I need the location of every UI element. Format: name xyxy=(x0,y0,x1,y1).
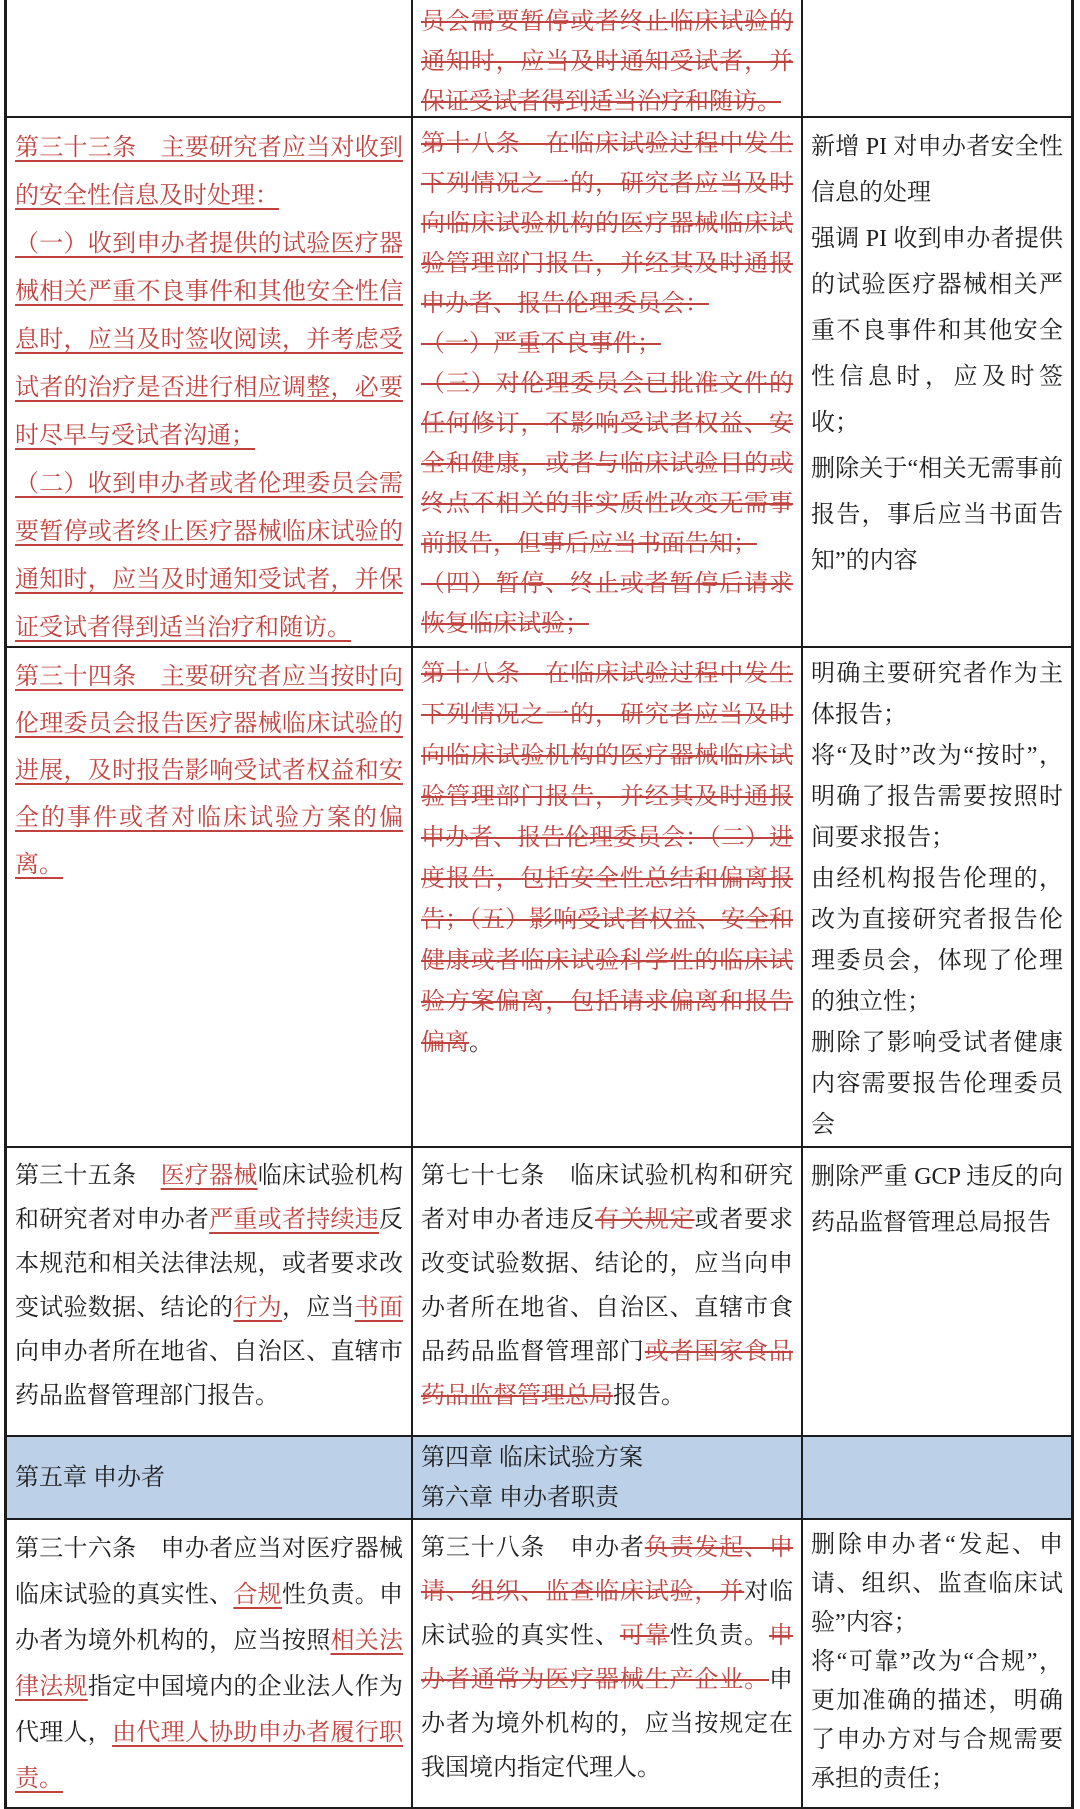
row-article-33: 第三十三条 主要研究者应当对收到的安全性信息及时处理：（一）收到申办者提供的试验… xyxy=(7,118,1071,648)
body-text: 新增 PI 对申办者安全性信息的处理 xyxy=(811,134,1063,206)
body-text: 第三十五条 xyxy=(15,1163,161,1189)
paragraph: 员会需要暂停或者终止临床试验的通知时，应当及时通知受试者，并保证受试者得到适当治… xyxy=(421,2,793,116)
deleted-text: （四）暂停、终止或者暂停后请求恢复临床试验； xyxy=(421,571,793,637)
row-article-33-revision-notes-cell: 新增 PI 对申办者安全性信息的处理强调 PI 收到申办者提供的试验医疗器械相关… xyxy=(803,118,1071,646)
document-page: 员会需要暂停或者终止临床试验的通知时，应当及时通知受试者，并保证受试者得到适当治… xyxy=(0,0,1080,1809)
body-text: 第三十八条 申办者 xyxy=(421,1535,645,1561)
paragraph: 删除严重 GCP 违反的向药品监督管理总局报告 xyxy=(811,1154,1063,1246)
inserted-text: 严重或者持续违 xyxy=(209,1207,379,1233)
inserted-text: （一）收到申办者提供的试验医疗器械相关严重不良事件和其他安全性信息时，应当及时签… xyxy=(15,231,403,449)
deleted-text: （一）严重不良事件； xyxy=(421,331,661,357)
row-article-36: 第三十六条 申办者应当对医疗器械临床试验的真实性、合规性负责。申办者为境外机构的… xyxy=(7,1520,1071,1809)
paragraph: （二）收到申办者或者伦理委员会需要暂停或者终止医疗器械临床试验的通知时，应当及时… xyxy=(15,460,403,646)
paragraph: （一）严重不良事件； xyxy=(421,324,793,364)
row-article-35-revision-notes-cell: 删除严重 GCP 违反的向药品监督管理总局报告 xyxy=(803,1148,1071,1435)
deleted-text: 员会需要暂停或者终止临床试验的通知时，应当及时通知受试者，并保证受试者得到适当治… xyxy=(421,9,793,115)
row-article-36-new-regulation-cell: 第三十六条 申办者应当对医疗器械临床试验的真实性、合规性负责。申办者为境外机构的… xyxy=(7,1520,413,1807)
paragraph: 第三十五条 医疗器械临床试验机构和研究者对申办者严重或者持续违反本规范和相关法律… xyxy=(15,1154,403,1418)
paragraph: 第三十八条 申办者负责发起、申请、组织、监查临床试验，并对临床试验的真实性、可靠… xyxy=(421,1526,793,1790)
row-article-35-new-regulation-cell: 第三十五条 医疗器械临床试验机构和研究者对申办者严重或者持续违反本规范和相关法律… xyxy=(7,1148,413,1435)
paragraph: 将“可靠”改为“合规”，更加准确的描述，明确了申办方对与合规需要承担的责任； xyxy=(811,1643,1063,1799)
body-text: 第五章 申办者 xyxy=(15,1465,165,1491)
paragraph: 由经机构报告伦理的，改为直接研究者报告伦理委员会，体现了伦理的独立性； xyxy=(811,859,1063,1023)
paragraph: 强调 PI 收到申办者提供的试验医疗器械相关严重不良事件和其他安全性信息时，应及… xyxy=(811,216,1063,446)
row-article-35-old-regulation-cell: 第七十七条 临床试验机构和研究者对申办者违反有关规定或者要求改变试验数据、结论的… xyxy=(413,1148,803,1435)
paragraph: 第三十六条 申办者应当对医疗器械临床试验的真实性、合规性负责。申办者为境外机构的… xyxy=(15,1526,403,1802)
body-text: ，应当 xyxy=(282,1295,355,1321)
inserted-text: 书面 xyxy=(355,1295,403,1321)
inserted-text: 合规 xyxy=(233,1582,282,1608)
body-text: 明确主要研究者作为主体报告； xyxy=(811,661,1063,728)
row-article-34-old-regulation-cell: 第十八条 在临床试验过程中发生下列情况之一的，研究者应当及时向临床试验机构的医疗… xyxy=(413,648,803,1146)
row-continuation-new-regulation-cell xyxy=(7,0,413,116)
row-article-33-new-regulation-cell: 第三十三条 主要研究者应当对收到的安全性信息及时处理：（一）收到申办者提供的试验… xyxy=(7,118,413,646)
inserted-text: 医疗器械 xyxy=(161,1163,258,1189)
row-article-36-old-regulation-cell: 第三十八条 申办者负责发起、申请、组织、监查临床试验，并对临床试验的真实性、可靠… xyxy=(413,1520,803,1807)
inserted-text: 第三十四条 主要研究者应当按时向伦理委员会报告医疗器械临床试验的进展，及时报告影… xyxy=(15,664,403,878)
paragraph: 将“及时”改为“按时”，明确了报告需要按照时间要求报告； xyxy=(811,736,1063,859)
paragraph: 第十八条 在临床试验过程中发生下列情况之一的，研究者应当及时向临床试验机构的医疗… xyxy=(421,654,793,1064)
paragraph: 删除关于“相关无需事前报告，事后应当书面告知”的内容 xyxy=(811,446,1063,584)
paragraph: 明确主要研究者作为主体报告； xyxy=(811,654,1063,736)
paragraph: 删除了影响受试者健康内容需要报告伦理委员会 xyxy=(811,1023,1063,1146)
paragraph: （一）收到申办者提供的试验医疗器械相关严重不良事件和其他安全性信息时，应当及时签… xyxy=(15,220,403,460)
body-text: 第四章 临床试验方案 xyxy=(421,1445,643,1471)
paragraph: （四）暂停、终止或者暂停后请求恢复临床试验； xyxy=(421,564,793,644)
row-chapter-5: 第五章 申办者第四章 临床试验方案第六章 申办者职责 xyxy=(7,1437,1071,1520)
body-text: 强调 PI 收到申办者提供的试验医疗器械相关严重不良事件和其他安全性信息时，应及… xyxy=(811,226,1063,436)
row-article-36-revision-notes-cell: 删除申办者“发起、申请、组织、监查临床试验”内容；将“可靠”改为“合规”，更加准… xyxy=(803,1520,1071,1807)
row-continuation-old-regulation-cell: 员会需要暂停或者终止临床试验的通知时，应当及时通知受试者，并保证受试者得到适当治… xyxy=(413,0,803,116)
row-article-34-revision-notes-cell: 明确主要研究者作为主体报告；将“及时”改为“按时”，明确了报告需要按照时间要求报… xyxy=(803,648,1071,1146)
inserted-text: （二）收到申办者或者伦理委员会需要暂停或者终止医疗器械临床试验的通知时，应当及时… xyxy=(15,471,403,641)
body-text: 删除严重 GCP 违反的向药品监督管理总局报告 xyxy=(811,1164,1063,1236)
body-text: 性负责。 xyxy=(670,1623,769,1649)
body-text: 。 xyxy=(469,1030,493,1056)
deleted-text: 有关规定 xyxy=(595,1207,694,1233)
row-continuation: 员会需要暂停或者终止临床试验的通知时，应当及时通知受试者，并保证受试者得到适当治… xyxy=(7,0,1071,118)
deleted-text: （三）对伦理委员会已批准文件的任何修订，不影响受试者权益、安全和健康，或者与临床… xyxy=(421,371,793,557)
row-chapter-5-new-regulation-cell: 第五章 申办者 xyxy=(7,1437,413,1518)
inserted-text: 行为 xyxy=(233,1295,282,1321)
paragraph: （三）对伦理委员会已批准文件的任何修订，不影响受试者权益、安全和健康，或者与临床… xyxy=(421,364,793,564)
body-text: 删除申办者“发起、申请、组织、监查临床试验”内容； xyxy=(811,1532,1063,1636)
body-text: 由经机构报告伦理的，改为直接研究者报告伦理委员会，体现了伦理的独立性； xyxy=(811,866,1063,1015)
comparison-table: 员会需要暂停或者终止临床试验的通知时，应当及时通知受试者，并保证受试者得到适当治… xyxy=(4,0,1074,1809)
paragraph: 第十八条 在临床试验过程中发生下列情况之一的，研究者应当及时向临床试验机构的医疗… xyxy=(421,124,793,324)
body-text: 将“可靠”改为“合规”，更加准确的描述，明确了申办方对与合规需要承担的责任； xyxy=(811,1649,1063,1792)
body-text: 第六章 申办者职责 xyxy=(421,1485,619,1511)
row-chapter-5-old-regulation-cell: 第四章 临床试验方案第六章 申办者职责 xyxy=(413,1437,803,1518)
deleted-text: 可靠 xyxy=(620,1623,670,1649)
inserted-text: 第三十三条 主要研究者应当对收到的安全性信息及时处理： xyxy=(15,135,403,209)
body-text: 将“及时”改为“按时”，明确了报告需要按照时间要求报告； xyxy=(811,743,1063,851)
row-article-34: 第三十四条 主要研究者应当按时向伦理委员会报告医疗器械临床试验的进展，及时报告影… xyxy=(7,648,1071,1148)
paragraph: 第四章 临床试验方案 xyxy=(421,1438,793,1478)
body-text: 报告。 xyxy=(613,1383,685,1409)
row-continuation-revision-notes-cell xyxy=(803,0,1071,116)
deleted-text: 第十八条 在临床试验过程中发生下列情况之一的，研究者应当及时向临床试验机构的医疗… xyxy=(421,661,793,1056)
paragraph: 第七十七条 临床试验机构和研究者对申办者违反有关规定或者要求改变试验数据、结论的… xyxy=(421,1154,793,1418)
deleted-text: 第十八条 在临床试验过程中发生下列情况之一的，研究者应当及时向临床试验机构的医疗… xyxy=(421,131,793,317)
paragraph: 第六章 申办者职责 xyxy=(421,1478,793,1518)
row-chapter-5-revision-notes-cell xyxy=(803,1437,1071,1518)
body-text: 删除关于“相关无需事前报告，事后应当书面告知”的内容 xyxy=(811,456,1063,574)
body-text: 向申办者所在地省、自治区、直辖市药品监督管理部门报告。 xyxy=(15,1339,403,1409)
row-article-33-old-regulation-cell: 第十八条 在临床试验过程中发生下列情况之一的，研究者应当及时向临床试验机构的医疗… xyxy=(413,118,803,646)
paragraph: 第三十四条 主要研究者应当按时向伦理委员会报告医疗器械临床试验的进展，及时报告影… xyxy=(15,654,403,889)
paragraph: 第五章 申办者 xyxy=(15,1458,403,1498)
row-article-35: 第三十五条 医疗器械临床试验机构和研究者对申办者严重或者持续违反本规范和相关法律… xyxy=(7,1148,1071,1437)
row-article-34-new-regulation-cell: 第三十四条 主要研究者应当按时向伦理委员会报告医疗器械临床试验的进展，及时报告影… xyxy=(7,648,413,1146)
paragraph: 删除申办者“发起、申请、组织、监查临床试验”内容； xyxy=(811,1526,1063,1643)
paragraph: 第三十三条 主要研究者应当对收到的安全性信息及时处理： xyxy=(15,124,403,220)
paragraph: 新增 PI 对申办者安全性信息的处理 xyxy=(811,124,1063,216)
body-text: 删除了影响受试者健康内容需要报告伦理委员会 xyxy=(811,1030,1063,1138)
